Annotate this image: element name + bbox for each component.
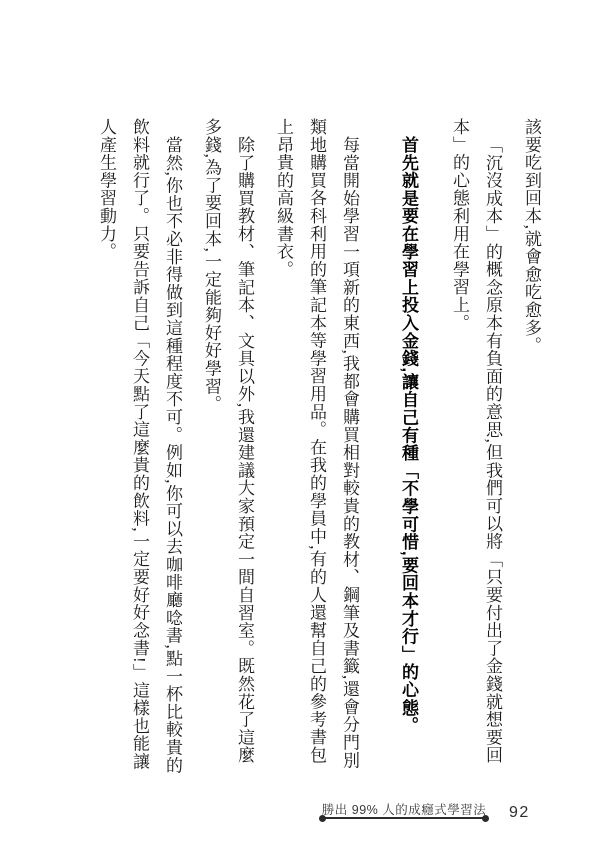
paragraph-3-emphasis: 首先就是要在學習上投入金錢,讓自己有種「不學可惜,要回本才行」的心態。 [392, 118, 425, 778]
paragraph-1: 該要吃到回本,就會愈吃愈多。 [515, 118, 548, 778]
paragraph-2: 「沉沒成本」的概念原本有負面的意思,但我們可以將「只要付出了金錢就想要回本」的心… [443, 118, 509, 778]
body-text: 該要吃到回本,就會愈吃愈多。 「沉沒成本」的概念原本有負面的意思,但我們可以將「… [66, 118, 548, 778]
paragraph-4: 每當開始學習一項新的東西,我都會購買相對較貴的教材、鋼筆及書籤,還會分門別類地購… [267, 118, 366, 778]
page-number: 92 [509, 804, 530, 822]
footer-rule [322, 817, 486, 819]
paragraph-5: 除了購買教材、筆記本、文具以外,我還建議大家預定一間自習室。既然花了這麼多錢,為… [195, 118, 261, 778]
footer-rule-dot-left-icon [319, 815, 326, 822]
footer-rule-dot-right-icon [482, 815, 489, 822]
paragraph-6: 當然,你也不必非得做到這種程度不可。例如,你可以去咖啡廳唸書,點一杯比較貴的飲料… [90, 118, 189, 778]
footer-book-title: 勝出 99% 人的成癮式學習法 [320, 800, 488, 818]
book-page: 該要吃到回本,就會愈吃愈多。 「沉沒成本」的概念原本有負面的意思,但我們可以將「… [0, 0, 600, 858]
